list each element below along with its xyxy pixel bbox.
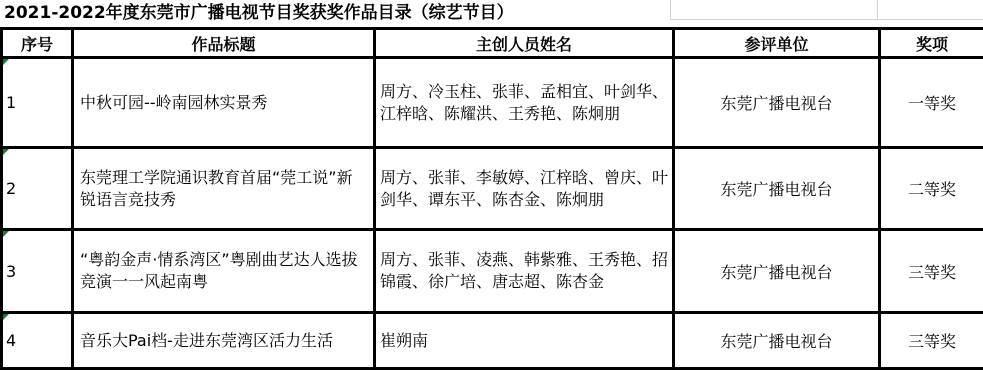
awards-table: 序号 作品标题 主创人员姓名 参评单位 奖项 1 中秋可园--岭南园林实景秀 周… <box>0 27 983 370</box>
cell-creators[interactable]: 周方、张菲、李敏婷、江梓晗、曾庆、叶剑华、谭东平、陈杏金、陈炯朋 <box>375 148 674 230</box>
gridline-horizontal <box>670 19 983 20</box>
cell-work-title[interactable]: 东莞理工学院通识教育首届“莞工说”新锐语言竞技秀 <box>73 148 375 230</box>
cell-unit[interactable]: 东莞广播电视台 <box>674 148 880 230</box>
cell-work-title[interactable]: 中秋可园--岭南园林实景秀 <box>73 58 375 148</box>
table-row: 4 音乐大Pai档-走进东莞湾区活力生活 崔朔南 东莞广播电视台 三等奖 <box>2 313 983 369</box>
cell-error-indicator-icon <box>3 59 9 65</box>
cell-award[interactable]: 二等奖 <box>880 148 983 230</box>
col-header-unit[interactable]: 参评单位 <box>674 29 880 58</box>
cell-creators[interactable]: 崔朔南 <box>375 313 674 369</box>
cell-index-value: 1 <box>6 93 16 112</box>
gridline-vertical <box>670 0 671 20</box>
col-header-award[interactable]: 奖项 <box>880 29 983 58</box>
page-title: 2021-2022年度东莞市广播电视节目奖获奖作品目录（综艺节目） <box>0 0 983 27</box>
cell-unit[interactable]: 东莞广播电视台 <box>674 313 880 369</box>
table-row: 1 中秋可园--岭南园林实景秀 周方、冷玉柱、张菲、孟相宜、叶剑华、江梓晗、陈耀… <box>2 58 983 148</box>
cell-award[interactable]: 三等奖 <box>880 313 983 369</box>
cell-error-indicator-icon <box>3 149 9 155</box>
col-header-creators[interactable]: 主创人员姓名 <box>375 29 674 58</box>
cell-index-value: 3 <box>6 262 16 281</box>
header-row: 序号 作品标题 主创人员姓名 参评单位 奖项 <box>2 29 983 58</box>
cell-award[interactable]: 三等奖 <box>880 230 983 313</box>
gridline-vertical <box>877 0 878 20</box>
cell-index-value: 2 <box>6 179 16 198</box>
table-row: 3 “粤韵金声·情系湾区”粤剧曲艺达人选拔竞演一一风起南粤 周方、张菲、凌燕、韩… <box>2 230 983 313</box>
cell-index[interactable]: 3 <box>2 230 73 313</box>
spreadsheet-region: 2021-2022年度东莞市广播电视节目奖获奖作品目录（综艺节目） 序号 作品标… <box>0 0 983 370</box>
cell-creators[interactable]: 周方、张菲、凌燕、韩紫雅、王秀艳、招锦霞、徐广培、唐志超、陈杏金 <box>375 230 674 313</box>
cell-index[interactable]: 4 <box>2 313 73 369</box>
cell-error-indicator-icon <box>3 314 9 320</box>
cell-index[interactable]: 1 <box>2 58 73 148</box>
cell-creators[interactable]: 周方、冷玉柱、张菲、孟相宜、叶剑华、江梓晗、陈耀洪、王秀艳、陈炯朋 <box>375 58 674 148</box>
cell-work-title[interactable]: “粤韵金声·情系湾区”粤剧曲艺达人选拔竞演一一风起南粤 <box>73 230 375 313</box>
cell-error-indicator-icon <box>3 231 9 237</box>
cell-index[interactable]: 2 <box>2 148 73 230</box>
cell-index-value: 4 <box>6 331 16 350</box>
col-header-index[interactable]: 序号 <box>2 29 73 58</box>
cell-unit[interactable]: 东莞广播电视台 <box>674 58 880 148</box>
cell-work-title[interactable]: 音乐大Pai档-走进东莞湾区活力生活 <box>73 313 375 369</box>
cell-unit[interactable]: 东莞广播电视台 <box>674 230 880 313</box>
table-row: 2 东莞理工学院通识教育首届“莞工说”新锐语言竞技秀 周方、张菲、李敏婷、江梓晗… <box>2 148 983 230</box>
col-header-work-title[interactable]: 作品标题 <box>73 29 375 58</box>
sheet-title-row: 2021-2022年度东莞市广播电视节目奖获奖作品目录（综艺节目） <box>0 0 983 27</box>
cell-award[interactable]: 一等奖 <box>880 58 983 148</box>
